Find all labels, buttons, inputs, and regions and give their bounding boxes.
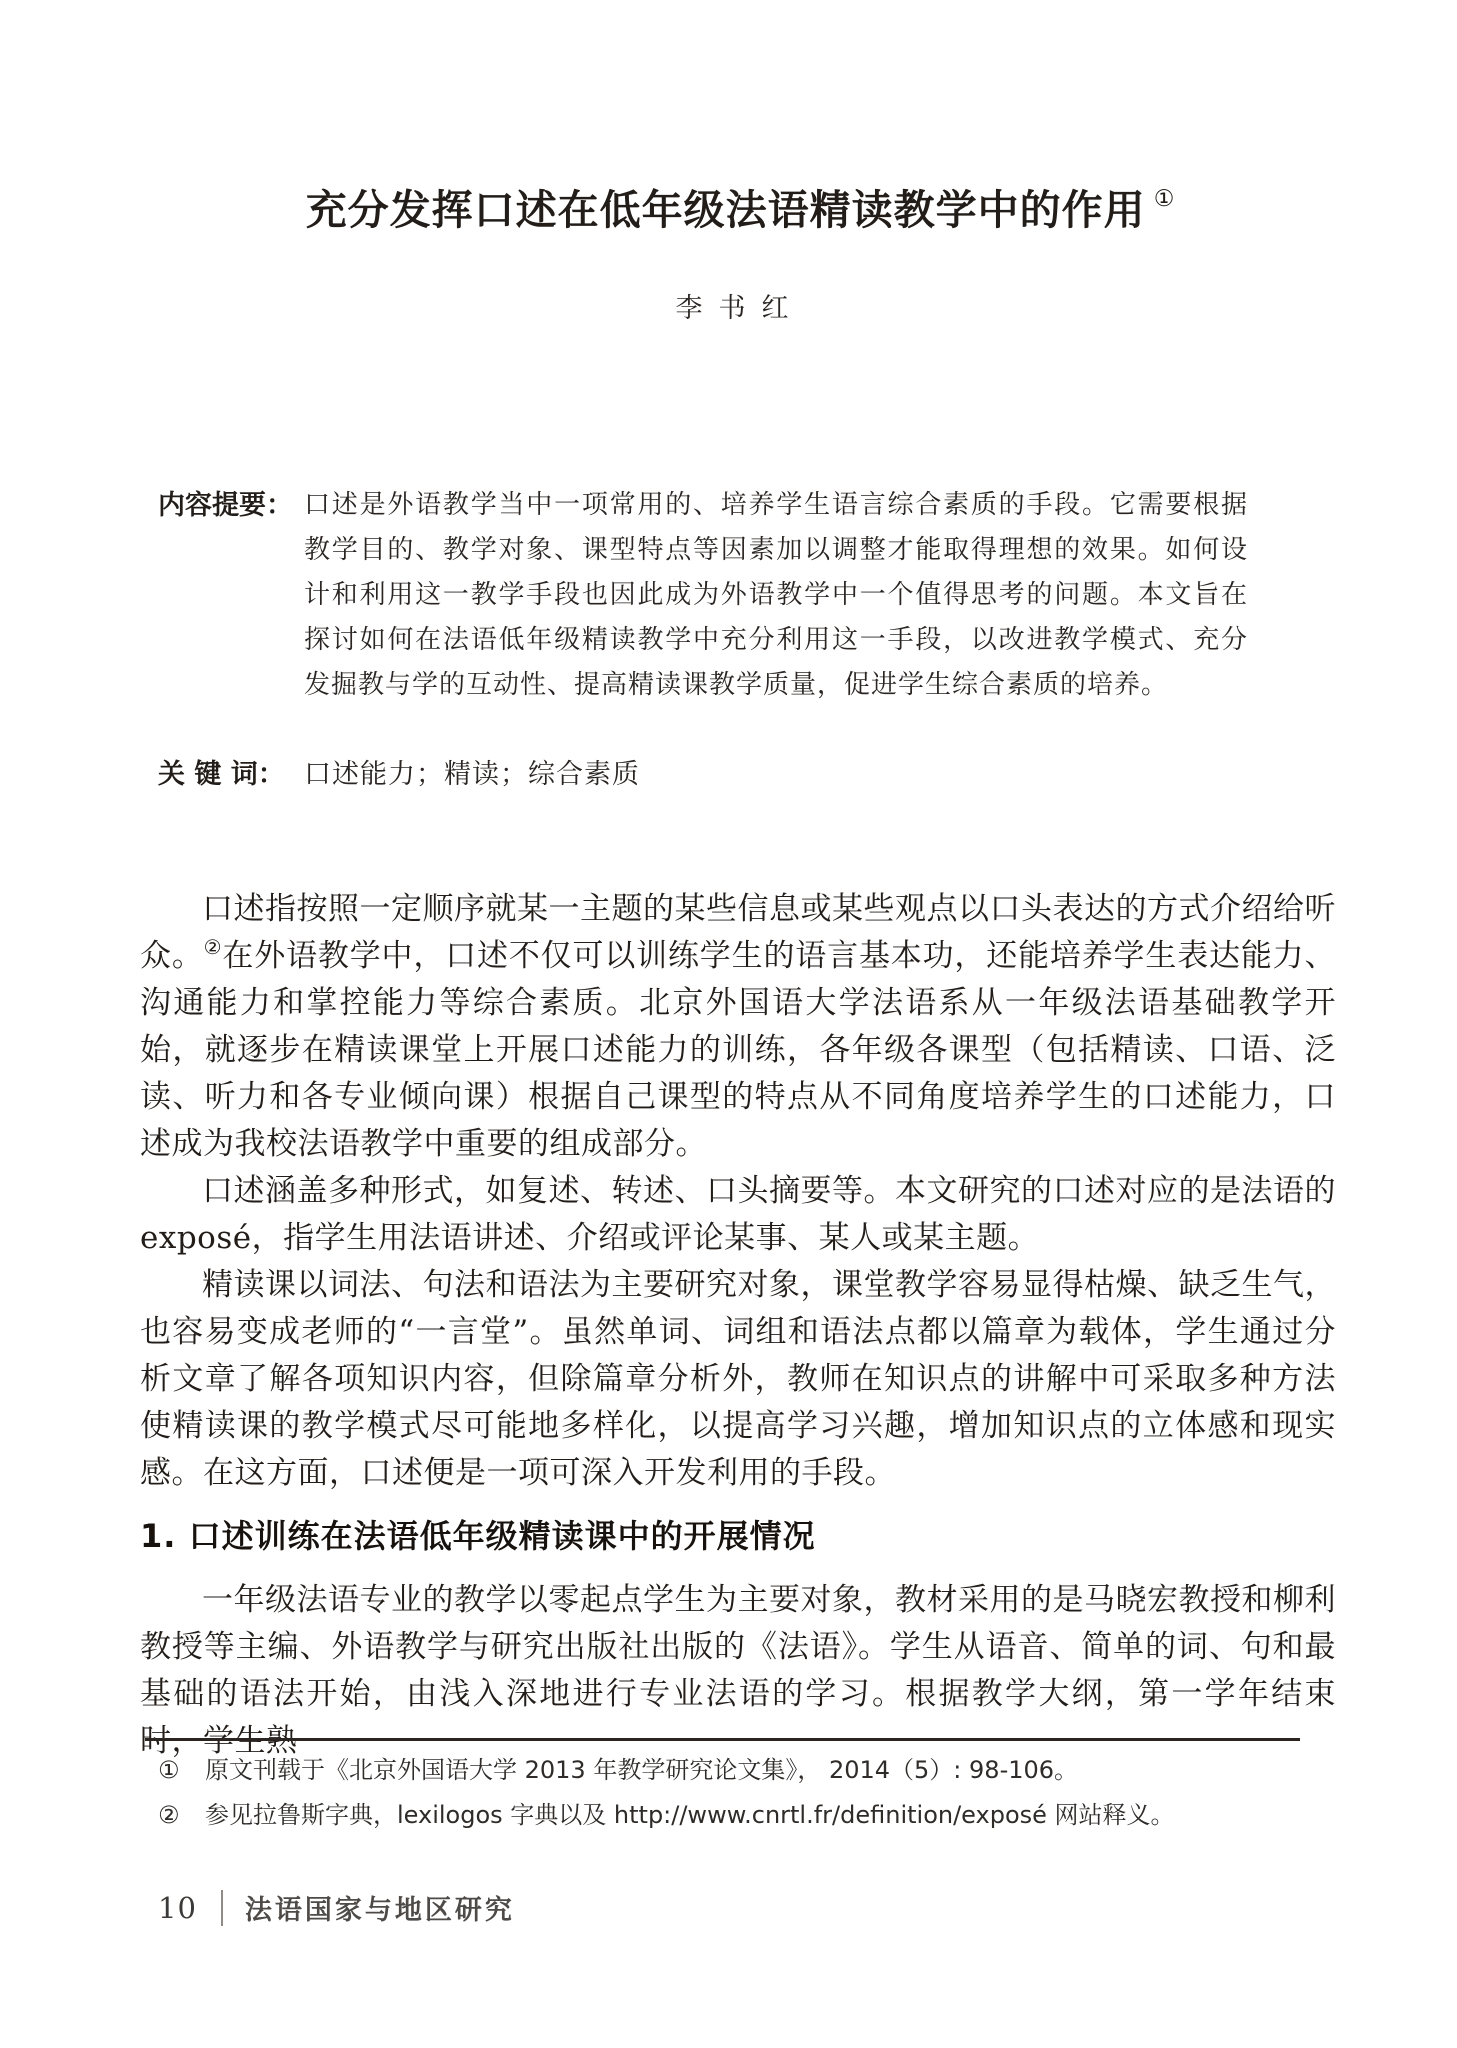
page-footer: 10 法语国家与地区研究 xyxy=(158,1888,515,1927)
footnote-2-marker: ② xyxy=(158,1797,205,1833)
footnote-2-text: 参见拉鲁斯字典，lexilogos 字典以及 http://www.cnrtl.… xyxy=(205,1797,1338,1833)
footnote-1: ① 原文刊载于《北京外国语大学 2013 年教学研究论文集》， 2014（5）:… xyxy=(158,1752,1338,1788)
article-body: 口述指按照一定顺序就某一主题的某些信息或某些观点以口头表达的方式介绍给听众。②在… xyxy=(140,886,1336,1765)
article-title: 充分发挥口述在低年级法语精读教学中的作用① xyxy=(145,172,1335,237)
paragraph-1: 口述指按照一定顺序就某一主题的某些信息或某些观点以口头表达的方式介绍给听众。②在… xyxy=(140,886,1336,1168)
article-title-text: 充分发挥口述在低年级法语精读教学中的作用 xyxy=(306,186,1146,234)
abstract-section: 内容提要： 口述是外语教学当中一项常用的、培养学生语言综合素质的手段。它需要根据… xyxy=(158,483,1248,708)
keywords-text: 口述能力；精读；综合素质 xyxy=(304,752,1248,797)
paragraph-4: 一年级法语专业的教学以零起点学生为主要对象，教材采用的是马晓宏教授和柳利教授等主… xyxy=(140,1577,1336,1765)
footnotes-section: ① 原文刊载于《北京外国语大学 2013 年教学研究论文集》， 2014（5）:… xyxy=(158,1752,1338,1842)
abstract-label: 内容提要： xyxy=(158,483,304,528)
journal-title: 法语国家与地区研究 xyxy=(245,1888,515,1927)
footnote-1-text: 原文刊载于《北京外国语大学 2013 年教学研究论文集》， 2014（5）: 9… xyxy=(205,1752,1338,1788)
abstract-text: 口述是外语教学当中一项常用的、培养学生语言综合素质的手段。它需要根据教学目的、教… xyxy=(304,483,1248,708)
section-heading-1: 1. 口述训练在法语低年级精读课中的开展情况 xyxy=(140,1513,1336,1559)
title-block: 充分发挥口述在低年级法语精读教学中的作用① xyxy=(145,172,1335,237)
document-page: 充分发挥口述在低年级法语精读教学中的作用① 李书红 内容提要： 口述是外语教学当… xyxy=(0,0,1457,2048)
footer-divider xyxy=(221,1890,223,1926)
paragraph-2: 口述涵盖多种形式，如复述、转述、口头摘要等。本文研究的口述对应的是法语的expo… xyxy=(140,1168,1336,1262)
title-footnote-marker: ① xyxy=(1154,186,1175,212)
footnote-ref-2-marker: ② xyxy=(204,935,223,959)
author-name: 李书红 xyxy=(145,286,1335,325)
keywords-label: 关 键 词： xyxy=(158,752,304,797)
footnote-2: ② 参见拉鲁斯字典，lexilogos 字典以及 http://www.cnrt… xyxy=(158,1797,1338,1833)
footnote-1-marker: ① xyxy=(158,1752,205,1788)
page-number: 10 xyxy=(158,1891,197,1925)
keywords-section: 关 键 词： 口述能力；精读；综合素质 xyxy=(158,752,1248,797)
paragraph-3: 精读课以词法、句法和语法为主要研究对象，课堂教学容易显得枯燥、缺乏生气，也容易变… xyxy=(140,1262,1336,1497)
footnote-separator-rule xyxy=(145,1738,1300,1741)
paragraph-1-text-post: 在外语教学中，口述不仅可以训练学生的语言基本功，还能培养学生表达能力、沟通能力和… xyxy=(140,938,1336,1162)
